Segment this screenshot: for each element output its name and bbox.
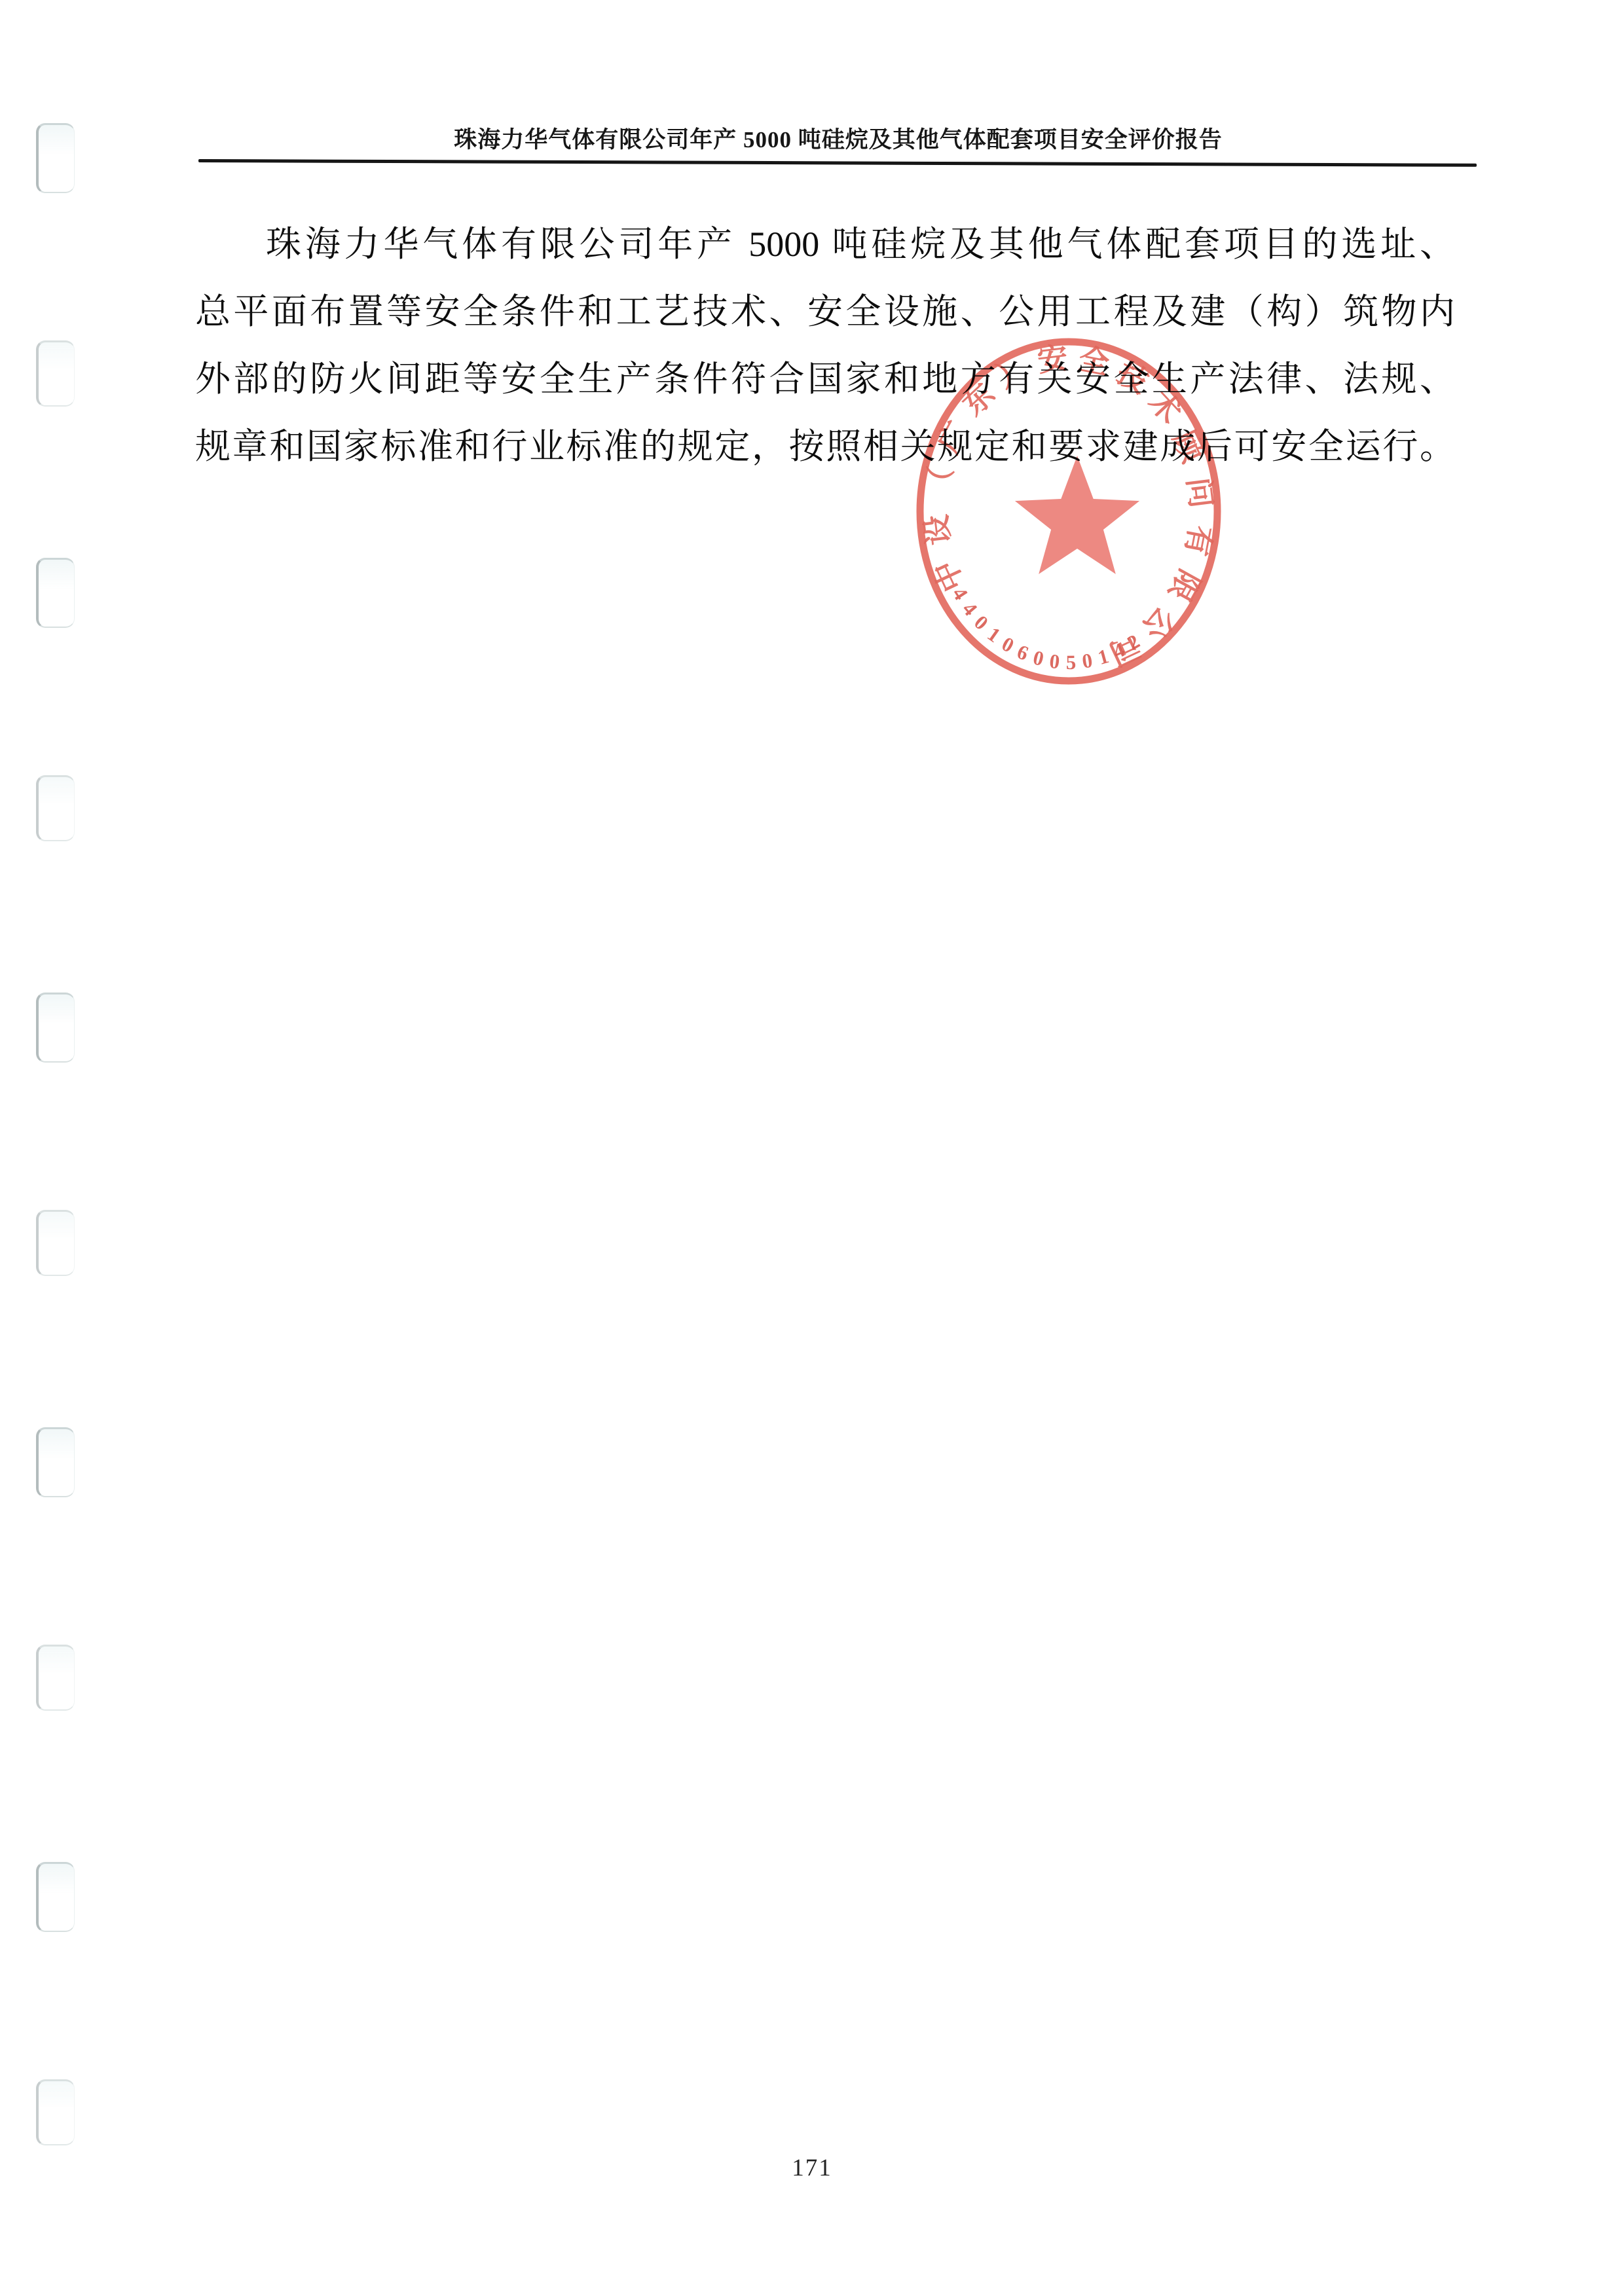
seal-code-digit: 2 <box>1123 630 1143 655</box>
binder-hole-artifact <box>36 1862 75 1932</box>
binder-hole-artifact <box>36 1645 75 1711</box>
seal-code-digit: 0 <box>1048 649 1061 673</box>
seal-ring-char: 问 <box>1181 476 1218 510</box>
seal-ring-char: 设 <box>919 513 956 547</box>
binder-hole-artifact <box>36 993 75 1063</box>
seal-code-digit: 6 <box>1014 640 1032 665</box>
binder-hole-artifact <box>36 2079 75 2145</box>
seal-code-digit: 4 <box>958 598 982 620</box>
header-rule <box>198 159 1477 167</box>
seal-ring-char: 限 <box>1162 564 1206 607</box>
page-number: 171 <box>0 2154 1624 2182</box>
seal-ring-char: 有 <box>1179 522 1217 558</box>
binder-hole-artifact <box>36 340 75 407</box>
seal-code-digit: 4 <box>1109 638 1128 663</box>
binder-hole-artifact <box>36 1427 75 1497</box>
paragraph-line: 外部的防火间距等安全生产条件符合国家和地方有关安全生产法律、法规、 <box>195 346 1455 413</box>
body-paragraph: 珠海力华气体有限公司年产 5000 吨硅烷及其他气体配套项目的选址、 总平面布置… <box>195 211 1455 481</box>
seal-code-digit: 0 <box>1031 646 1046 670</box>
seal-ring-char: 司 <box>1104 629 1145 672</box>
seal-ring-char: 中 <box>928 555 971 596</box>
seal-ring-char: 公 <box>1136 600 1181 646</box>
binder-hole-artifact <box>36 775 75 841</box>
seal-code-digit: 1 <box>1096 644 1111 669</box>
seal-code-digit: 4 <box>948 583 972 604</box>
page-header-title: 珠海力华气体有限公司年产 5000 吨硅烷及其他气体配套项目安全评价报告 <box>39 122 1624 155</box>
seal-code-digit: 0 <box>998 632 1018 657</box>
paragraph-line: 总平面布置等安全条件和工艺技术、安全设施、公用工程及建（构）筑物内 <box>195 278 1455 346</box>
binder-hole-artifact <box>36 1210 75 1276</box>
seal-code-digit: 5 <box>1065 651 1076 674</box>
paragraph-line: 规章和国家标准和行业标准的规定，按照相关规定和要求建成后可安全运行。 <box>195 413 1455 481</box>
seal-code-digit: 1 <box>984 622 1005 647</box>
paragraph-line: 珠海力华气体有限公司年产 5000 吨硅烷及其他气体配套项目的选址、 <box>195 211 1455 278</box>
document-page: 珠海力华气体有限公司年产 5000 吨硅烷及其他气体配套项目安全评价报告 珠海力… <box>0 0 1624 2296</box>
seal-code-digit: 0 <box>970 611 993 634</box>
binder-hole-artifact <box>36 558 75 628</box>
seal-code-digit: 0 <box>1080 649 1094 673</box>
